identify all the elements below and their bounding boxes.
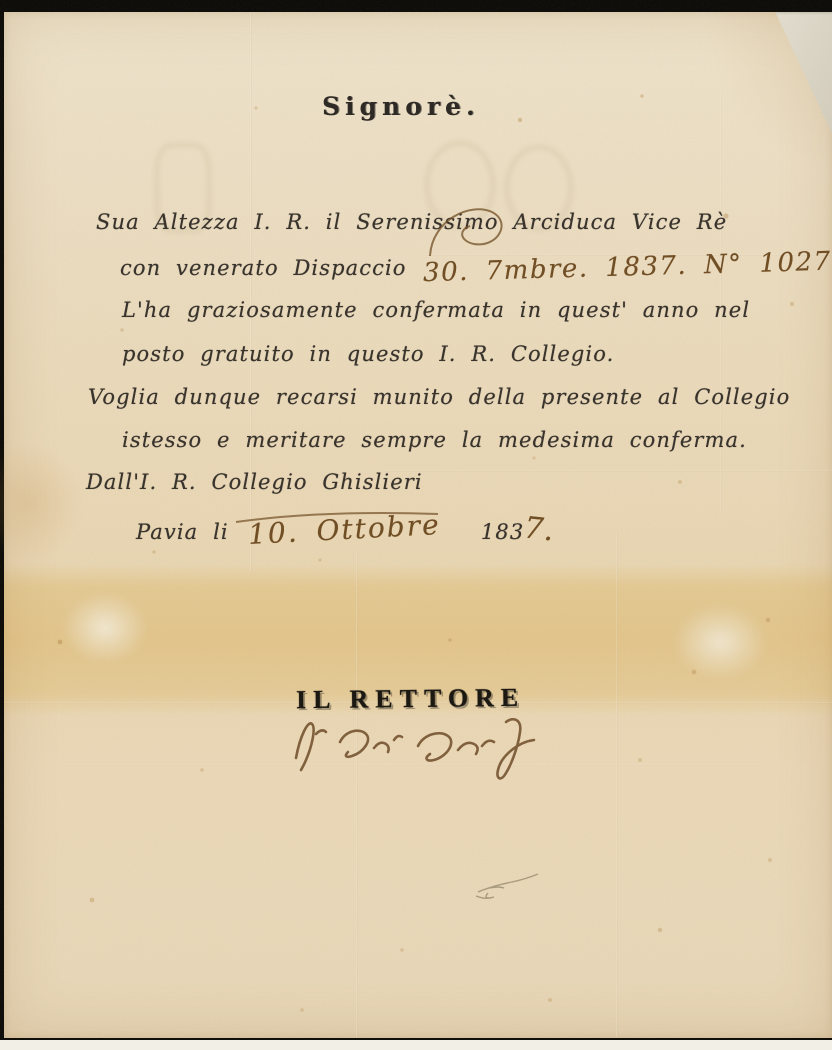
- salutation: Signorè.: [322, 92, 480, 121]
- photo-of-document: Signorè. Sua Altezza I. R. il Serenissim…: [0, 0, 832, 1050]
- pencil-smudge: [466, 860, 556, 910]
- letter-line: Dall'I. R. Collegio Ghislieri: [86, 470, 423, 494]
- rector-signature: [282, 712, 552, 784]
- letter-line: Voglia dunque recarsi munito della prese…: [88, 385, 790, 409]
- letter-line: L'ha graziosamente confermata in quest' …: [122, 298, 750, 322]
- dateline-printed-year: 183: [481, 520, 524, 544]
- handwritten-year-digit: 7.: [523, 510, 557, 548]
- letter-line: posto gratuito in questo I. R. Collegio.: [122, 342, 614, 366]
- rector-stamp: IL RETTORE: [296, 683, 526, 715]
- letter-line-printed: con venerato Dispaccio: [120, 256, 407, 280]
- paper-sheet: Signorè. Sua Altezza I. R. il Serenissim…: [4, 12, 832, 1038]
- ink-crossstroke: [232, 508, 442, 528]
- dateline-printed-prefix: Pavia li: [136, 520, 229, 544]
- table-surface-strip: [0, 1040, 832, 1050]
- letter-line: istesso e meritare sempre la medesima co…: [122, 428, 747, 452]
- ink-flourish: [412, 200, 522, 260]
